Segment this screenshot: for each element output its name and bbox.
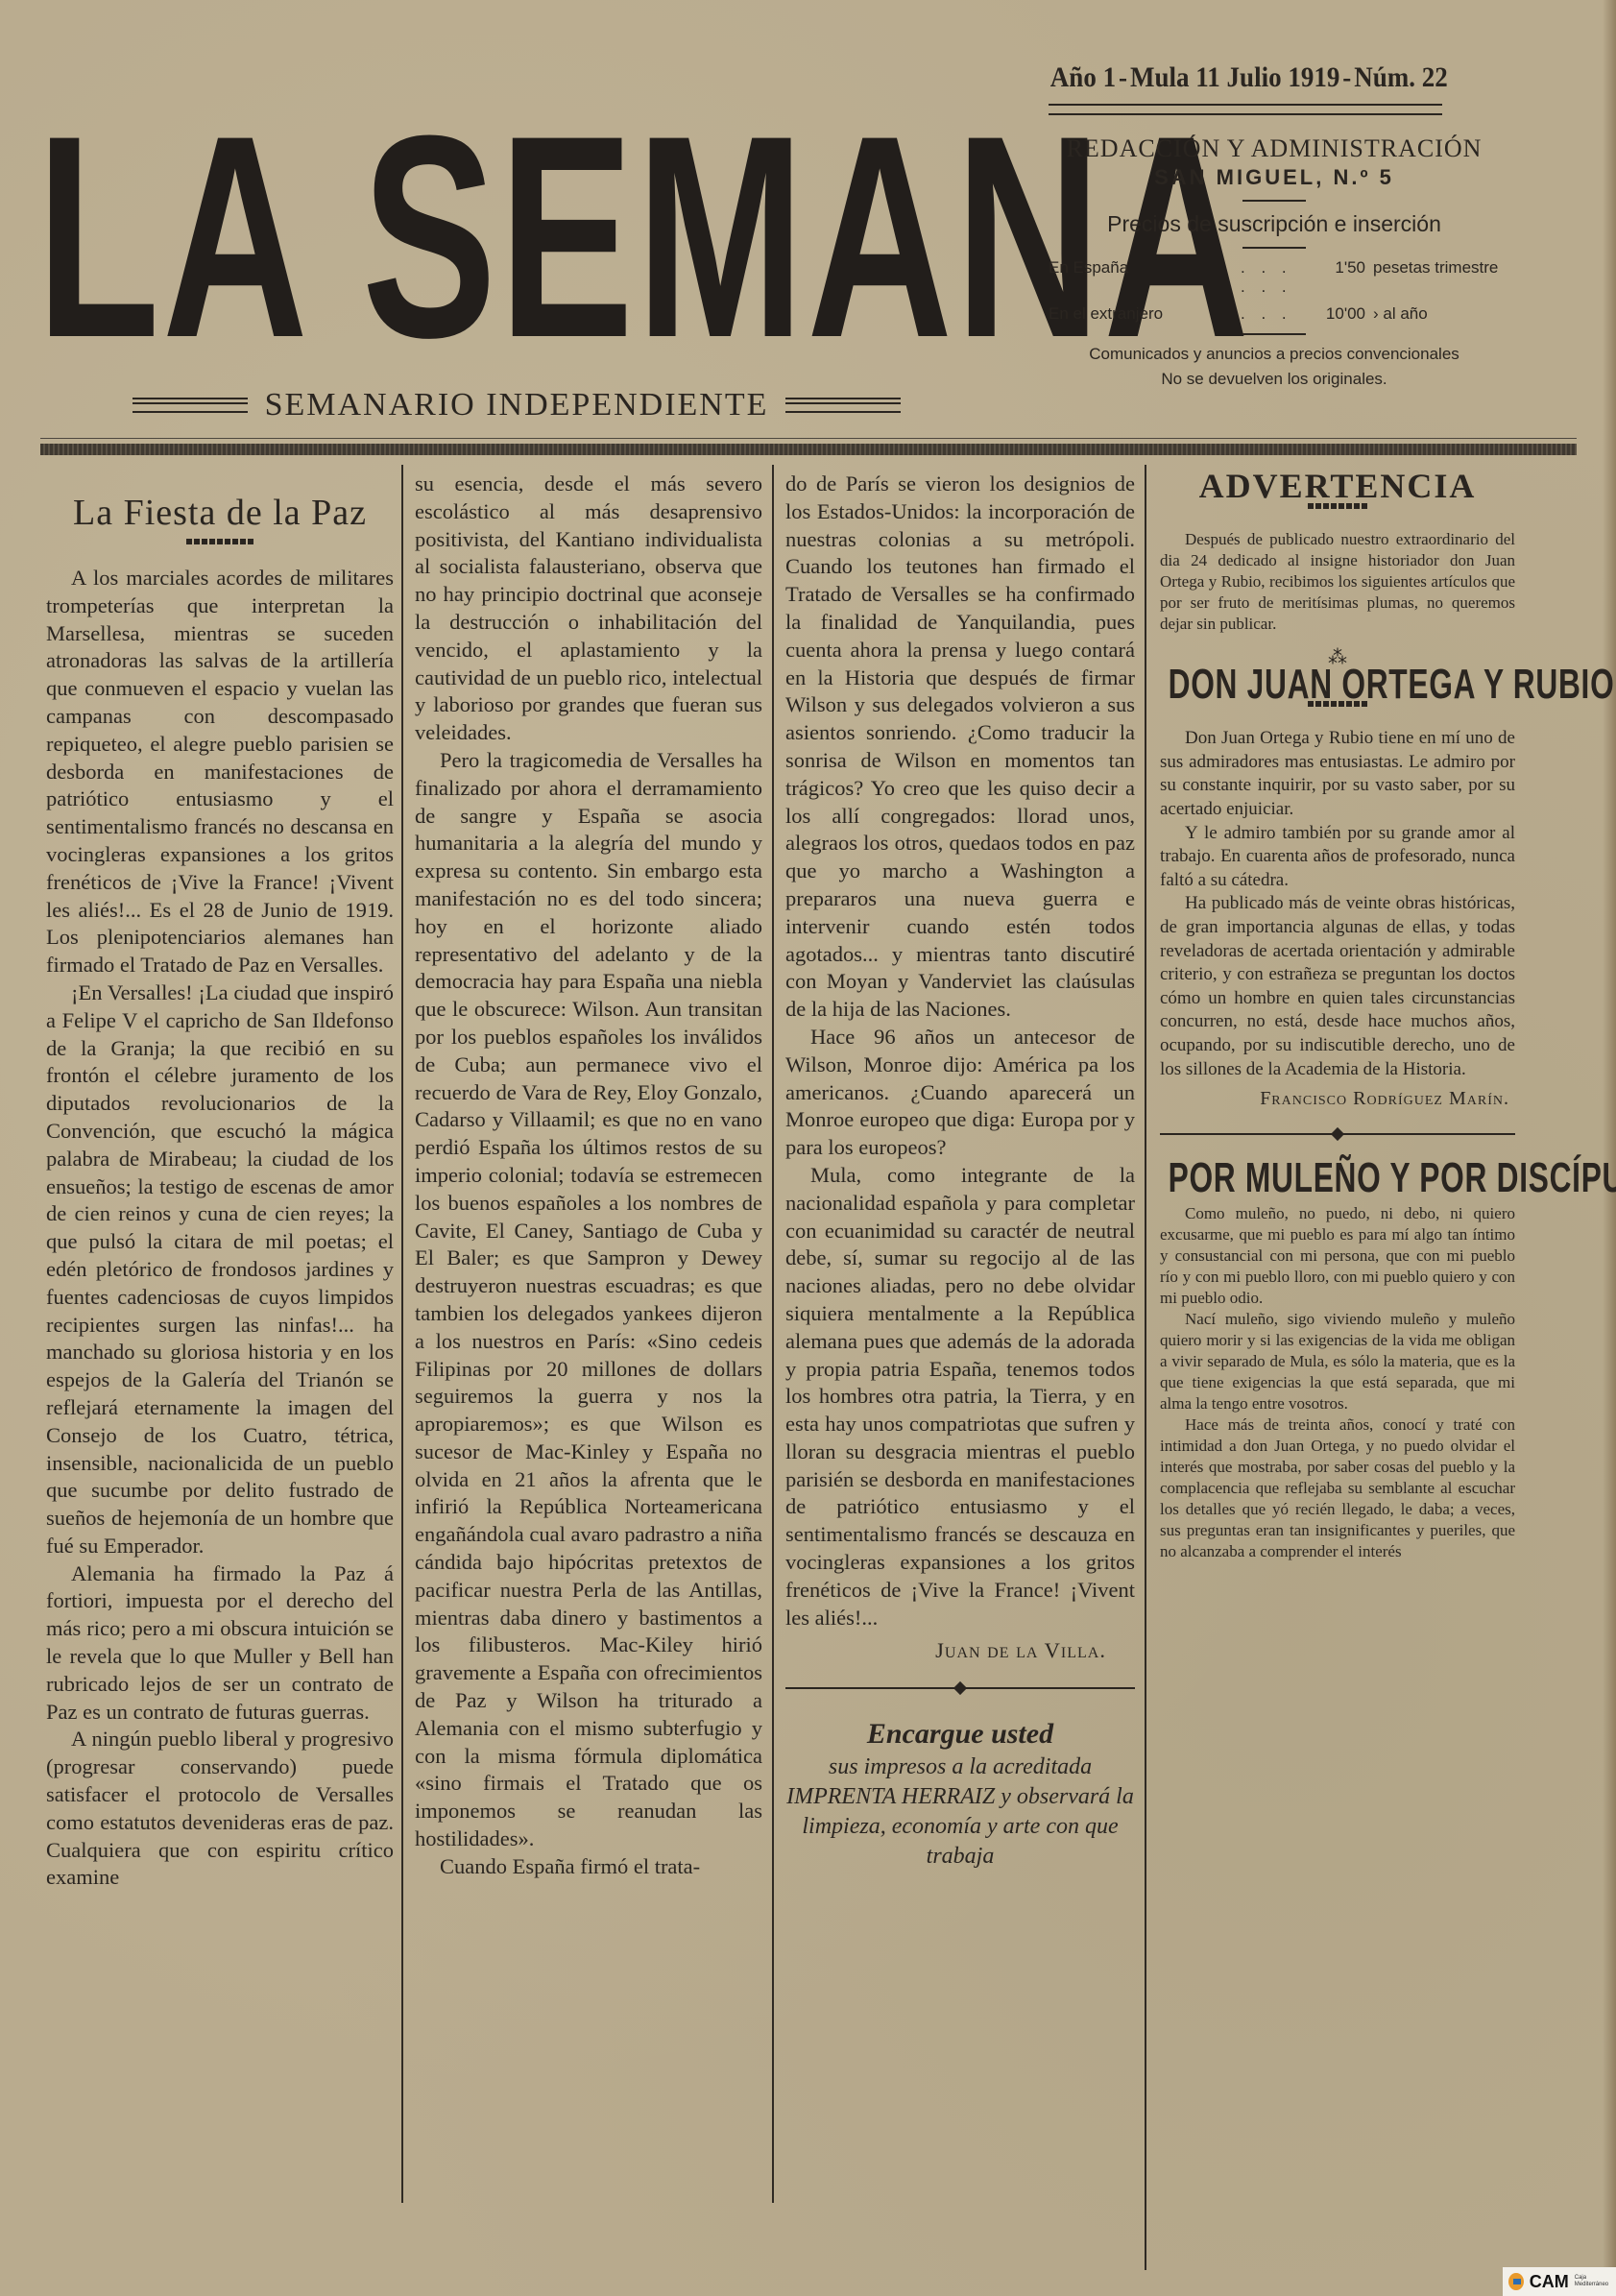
masthead-title: LA SEMANA <box>36 106 736 367</box>
cam-logo-icon <box>1508 2273 1524 2290</box>
price-label: En España <box>1049 258 1241 297</box>
divider <box>1242 200 1306 202</box>
decorative-rule-right <box>785 398 901 413</box>
issue-date: Mula 11 Julio 1919 <box>1130 61 1339 94</box>
column-4: ADVERTENCIA Después de publicado nuestro… <box>1160 471 1515 1562</box>
signature-rodriguez-marin: Francisco Rodríguez Marín. <box>1160 1087 1515 1111</box>
title-ornament <box>46 538 394 547</box>
masthead-subtitle-row: SEMANARIO INDEPENDIENTE <box>36 386 997 424</box>
paragraph: Mula, como integrante de la nacionalidad… <box>785 1162 1135 1632</box>
address: SAN MIGUEL, N.º 5 <box>1049 165 1500 190</box>
issue-line: Año 1 - Mula 11 Julio 1919 - Núm. 22 <box>1049 61 1450 94</box>
paragraph: Después de publicado nuestro extraordina… <box>1160 529 1515 635</box>
section-divider <box>1160 1126 1515 1142</box>
masthead-main-rule <box>40 444 1577 455</box>
ad-body: sus impresos a la acreditada IMPRENTA HE… <box>785 1752 1135 1872</box>
article-title-muleno: POR MULEÑO Y POR DISCÍPULO <box>1169 1167 1507 1191</box>
column-rule <box>401 465 403 2203</box>
page-edge-shadow <box>1603 0 1616 2296</box>
originals-notice: No se devuelven los originales. <box>1049 370 1500 389</box>
signature-juan-de-la-villa: Juan de la Villa. <box>785 1637 1135 1665</box>
column-1: La Fiesta de la Paz A los marciales acor… <box>46 471 394 1892</box>
column-rule <box>1145 465 1146 2270</box>
paragraph: Don Juan Ortega y Rubio tiene en mí uno … <box>1160 727 1515 821</box>
issue-sep: - <box>1342 61 1351 94</box>
paragraph: A los marciales acordes de militares tro… <box>46 565 394 979</box>
column-2: su esencia, desde el más severo escolást… <box>415 471 762 1881</box>
issue-sep: - <box>1119 61 1127 94</box>
advertencia-title: ADVERTENCIA <box>1160 474 1515 498</box>
paragraph: Cuando España firmó el trata- <box>415 1853 762 1881</box>
paragraph: Como muleño, no puedo, ni debo, ni quier… <box>1160 1203 1515 1309</box>
column-rule <box>772 465 774 2203</box>
column-3: do de París se vieron los designios de l… <box>785 471 1135 1872</box>
paragraph: Y le admiro también por su grande amor a… <box>1160 822 1515 893</box>
ads-notice: Comunicados y anuncios a precios convenc… <box>1049 345 1500 364</box>
article-title-ortega: DON JUAN ORTEGA Y RUBIO <box>1169 673 1507 697</box>
paragraph: Pero la tragicomedia de Versalles ha fin… <box>415 747 762 1853</box>
paragraph: A ningún pueblo liberal y progresivo (pr… <box>46 1726 394 1892</box>
masthead-subtitle: SEMANARIO INDEPENDIENTE <box>265 387 769 423</box>
price-label: En el extranjero <box>1049 304 1241 324</box>
divider <box>1242 247 1306 249</box>
cam-brand: CAM <box>1530 2272 1569 2292</box>
price-amount: 10'00 <box>1298 304 1373 324</box>
header-info-box: Año 1 - Mula 11 Julio 1919 - Núm. 22 RED… <box>1049 61 1500 389</box>
paragraph: Nací muleño, sigo viviendo muleño y mule… <box>1160 1309 1515 1414</box>
price-dots: . . . <box>1241 304 1298 324</box>
header-rule <box>1049 104 1442 115</box>
paragraph: Ha publicado más de veinte obras históri… <box>1160 892 1515 1081</box>
price-row-abroad: En el extranjero . . . 10'00 › al año <box>1049 304 1500 324</box>
paragraph: Alemania ha firmado la Paz á fortiori, i… <box>46 1560 394 1727</box>
paragraph: ¡En Versalles! ¡La ciudad que inspiró a … <box>46 979 394 1560</box>
ad-title: Encargue usted <box>785 1721 1135 1749</box>
price-unit: › al año <box>1373 304 1500 324</box>
cam-subtitle: Caja Mediterráneo <box>1575 2275 1616 2288</box>
price-dots: . . . . . . <box>1241 258 1298 297</box>
issue-number: Núm. 22 <box>1354 61 1448 94</box>
issue-year: Año 1 <box>1050 61 1116 94</box>
price-unit: pesetas trimestre <box>1373 258 1500 297</box>
prices-title: Precios de suscripción e inserción <box>1049 211 1500 237</box>
decorative-rule-left <box>133 398 248 413</box>
newspaper-page: LA SEMANA SEMANARIO INDEPENDIENTE Año 1 … <box>0 0 1616 2296</box>
article-title-fiesta: La Fiesta de la Paz <box>46 492 394 534</box>
section-divider <box>785 1680 1135 1696</box>
paragraph: do de París se vieron los designios de l… <box>785 471 1135 1024</box>
cam-watermark-logo: CAM Caja Mediterráneo <box>1503 2267 1616 2296</box>
divider <box>1242 333 1306 335</box>
paragraph: Hace 96 años un antecesor de Wilson, Mon… <box>785 1024 1135 1162</box>
price-amount: 1'50 <box>1298 258 1373 297</box>
redaccion-label: REDACCIÓN Y ADMINISTRACIÓN <box>1049 134 1500 163</box>
paragraph: su esencia, desde el más severo escolást… <box>415 471 762 747</box>
paragraph: Hace más de treinta años, conocí y traté… <box>1160 1414 1515 1562</box>
price-row-spain: En España . . . . . . 1'50 pesetas trime… <box>1049 258 1500 297</box>
